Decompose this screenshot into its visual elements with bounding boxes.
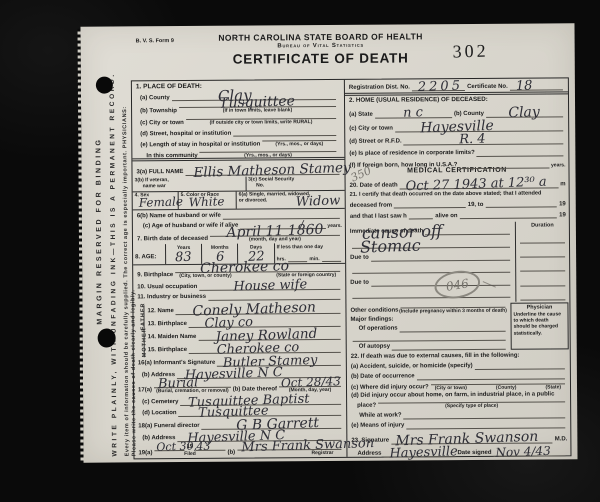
color-race-handwritten: White: [189, 198, 225, 209]
burial-handwritten: Burial: [158, 378, 199, 390]
date-of-death-handwritten: Oct 27 1943 at 12³⁰ a: [405, 177, 546, 192]
burial-line: Burial: [154, 382, 231, 389]
physician-note-box: Physician Underline the cause to which d…: [510, 302, 568, 349]
mother-birthplace-label: 15. Birthplace: [148, 347, 187, 354]
cause-of-death-area: cansor off Stomac 046 Immediate cause of…: [346, 221, 570, 303]
industry-line: [208, 294, 340, 301]
city-caption: (If outside city or town limits, write R…: [184, 119, 338, 126]
age-label: 8. AGE:: [135, 254, 156, 260]
injury-where-caption-2: (County): [496, 385, 517, 391]
section-place-of-death: 1. PLACE OF DEATH: (a) County Clay (b) T…: [132, 80, 345, 161]
date-signed-line: Nov 4/43: [493, 450, 565, 457]
registrar-line: Mrs Frank Swanson: [237, 444, 341, 451]
form-number: B. V. S. Form 9: [136, 38, 174, 44]
margin-permanent-record-note: WRITE PLAINLY, WITH UNFADING INK—THIS IS…: [109, 72, 119, 456]
due-to-1-line-2: [352, 267, 510, 274]
duration-box: Duration: [515, 221, 570, 301]
county-label: (a) County: [140, 95, 170, 102]
home-foreign-line: [459, 162, 549, 169]
registration-dist-label: Registration Dist. No.: [349, 85, 410, 92]
md-suffix: M.D.: [555, 437, 568, 444]
spouse-name-label: 6(b) Name of husband or wife: [137, 213, 221, 220]
spouse-age-label: (c) Age of husband or wife if alive: [143, 223, 239, 230]
filed-date-handwritten: Oct 30,: [156, 443, 197, 453]
autopsy-label: Of autopsy: [359, 344, 390, 351]
burial-location-label: (d) Location: [142, 410, 176, 417]
age-hrs-line: [288, 256, 308, 262]
spouse-name-line: [223, 213, 340, 220]
operations-line: [400, 326, 506, 333]
informant-signature-label: 16(a) Informant's Signature: [138, 360, 215, 367]
date-signed-label: Date signed: [457, 450, 491, 457]
city-label: (c) City or town: [140, 120, 184, 127]
other-conditions-line: [400, 302, 505, 309]
accident-label: (a) Accident, suicide, or homicide (spec…: [351, 363, 473, 370]
mother-maiden-name-line: Janey Rowland: [198, 334, 340, 341]
filed-year-line: 43: [195, 445, 225, 451]
due-to-2-label: Due to: [350, 280, 369, 287]
community-label: In this community: [146, 152, 197, 159]
means-of-injury-line: [406, 422, 565, 429]
duration-line: [520, 229, 565, 244]
certify-alive-line: [460, 213, 558, 220]
registration-dist-line: 2205: [412, 85, 465, 91]
birth-date-line: April 11 1860: [210, 230, 340, 237]
date-signed-handwritten: Nov 4/43: [495, 447, 551, 458]
external-causes-heading: 22. If death was due to external causes,…: [351, 353, 520, 361]
duration-line: [520, 243, 565, 258]
certificate-no-line: 18: [510, 84, 563, 90]
accident-line: [475, 363, 565, 370]
other-conditions-caption: (Include pregnancy within 3 months of de…: [398, 308, 507, 315]
marital-handwritten: Widow: [296, 196, 341, 208]
father-birthplace-label: 13. Birthplace: [148, 321, 187, 328]
filed-date-line: Oct 30,: [154, 445, 184, 451]
date-of-death-line: Oct 27 1943 at 12³⁰ a: [400, 182, 559, 189]
duration-line: [520, 258, 565, 273]
certificate-form: FATHER MOTHER 1. PLACE OF DEATH: (a) Cou…: [131, 77, 572, 459]
right-column: Registration Dist. No. 2205 Certificate …: [344, 78, 571, 457]
occurrence-label: (b) Date of occurrence: [351, 374, 415, 381]
full-name-label: 3(a) FULL NAME: [136, 169, 183, 176]
certify-alive-label: alive on: [435, 213, 457, 220]
certificate-header: NORTH CAROLINA STATE BOARD OF HEALTH Bur…: [181, 31, 461, 67]
injury-place-label-2: place?: [357, 403, 376, 410]
industry-label: 11. Industry or business: [137, 294, 206, 301]
section-home: 2. HOME (USUAL RESIDENCE) OF DECEASED: (…: [345, 94, 568, 166]
immediate-cause-handwritten-2: Stomac: [360, 240, 421, 255]
sex-color-marital-row: 4. Sex Female 5. Color or Race White 6(a…: [133, 191, 345, 210]
filed-year-handwritten: 43: [196, 443, 210, 452]
father-name-label: 12. Name: [147, 308, 173, 315]
burial-date-line: Oct 28/43: [279, 381, 341, 387]
registrar-b-label: (b): [227, 450, 235, 457]
registration-row: Registration Dist. No. 2205 Certificate …: [345, 78, 568, 96]
age-less-label: If less than one day: [277, 244, 343, 250]
certificate-no-label: Certificate No.: [467, 84, 508, 91]
birthplace-line: Cherokee co: [175, 266, 340, 273]
left-column: FATHER MOTHER 1. PLACE OF DEATH: (a) Cou…: [132, 80, 347, 458]
full-name-row: 3(a) FULL NAME Ellis Matheson Stamey: [132, 160, 344, 177]
operations-label: Of operations: [359, 326, 398, 333]
sex-handwritten: Female: [139, 198, 184, 209]
mother-maiden-name-label: 14. Maiden Name: [148, 334, 197, 341]
community-caption: (Yrs., mos., or days): [198, 152, 339, 159]
duration-line: [520, 286, 565, 301]
age-years-handwritten: 83: [175, 252, 192, 263]
township-handwritten: Tusquittee: [219, 96, 295, 110]
veteran-label-2: name war: [135, 183, 244, 189]
ssn-label-2: No.: [248, 182, 342, 188]
cemetery-label: (c) Cemetery: [142, 399, 178, 406]
duration-line: [520, 272, 565, 287]
occupation-line: House wife: [199, 284, 340, 291]
bureau-name: Bureau of Vital Statistics: [181, 42, 461, 50]
burial-number-label: 17(a): [138, 388, 152, 395]
filed-number-label: 19(a): [138, 451, 152, 458]
certify-19c: 19: [559, 212, 566, 219]
scan-background: { "header": { "form_no": "B. V. S. Form …: [0, 0, 600, 502]
certificate-title: CERTIFICATE OF DEATH: [181, 50, 461, 67]
filed-row: 19(a) Oct 30, 19 43 Filed (b) Mrs Frank …: [134, 442, 346, 458]
physician-instruction: Underline the cause to which death shoul…: [513, 311, 565, 336]
major-findings-label: Major findings:: [351, 317, 394, 324]
birthplace-handwritten: Cherokee co: [200, 261, 289, 275]
street-hospital-label: (d) Street, hospital or institution: [140, 130, 231, 137]
board-name: NORTH CAROLINA STATE BOARD OF HEALTH: [181, 31, 461, 43]
means-of-injury-label: (e) Means of injury: [351, 423, 404, 430]
community-line: [200, 146, 337, 153]
other-conditions-label: Other conditions: [350, 308, 398, 315]
mother-birthplace-line: Cherokee co: [189, 347, 341, 354]
injury-where-line: [431, 378, 565, 385]
certificate-stamp-number: 302: [452, 41, 489, 63]
findings-area: Other conditions (Include pregnancy with…: [346, 301, 569, 352]
full-name-line: Ellis Matheson Stamey: [185, 169, 339, 176]
physician-address-line: Hayesville: [383, 451, 455, 458]
occupation-label: 10. Usual occupation: [137, 284, 197, 291]
injury-where-label: (c) Where did injury occur?: [351, 385, 429, 392]
certificate-no-handwritten: 18: [516, 81, 533, 92]
registrar-handwritten: Mrs Frank Swanson: [241, 439, 374, 454]
margin-binding-note: MARGIN RESERVED FOR BINDING: [95, 137, 103, 324]
spouse-age-suffix: years.: [327, 223, 342, 229]
operations-line-2: [353, 335, 506, 342]
certify-saw-line: [409, 213, 433, 219]
injury-where-caption-1: (City or town): [435, 385, 467, 391]
registration-dist-handwritten: 2205: [418, 81, 463, 93]
margin-instructions-note: Every item of information should be care…: [122, 106, 130, 456]
at-work-line: [404, 412, 566, 419]
date-of-death-suffix: m: [560, 182, 565, 189]
date-of-death-label: 20. Date of death: [350, 183, 398, 190]
township-line: Tusquittee: [179, 101, 336, 108]
due-to-2-line-2: [352, 292, 510, 299]
autopsy-line: [392, 344, 506, 351]
punch-hole-bottom: [98, 328, 116, 347]
certify-paragraph: 21. I certify that death occurred on the…: [346, 189, 569, 223]
age-min-label: min.: [309, 256, 319, 262]
city-line: [186, 113, 336, 120]
birth-date-handwritten: April 11 1860: [226, 225, 323, 239]
at-work-label: While at work?: [359, 413, 401, 420]
burial-date-handwritten: Oct 28/43: [281, 378, 341, 390]
injury-where-caption-3: (State): [545, 384, 561, 390]
due-to-1-line: [371, 255, 510, 262]
funeral-director-label: 18(a) Funeral director: [138, 423, 199, 430]
certify-saw-label: and that I last saw h: [350, 213, 407, 220]
township-label: (b) Township: [140, 108, 177, 115]
age-min-line: [322, 256, 342, 262]
punch-hole-top: [96, 77, 113, 94]
father-name-line: Conely Matheson: [176, 308, 341, 315]
home-foreign-caption: years.: [551, 162, 566, 168]
birth-date-label: 7. Birth date of deceased: [137, 236, 208, 243]
physician-address-label: Address: [357, 451, 381, 458]
stay-line: [262, 135, 336, 142]
birthplace-label: 9. Birthplace: [137, 272, 173, 279]
death-certificate-document: MARGIN RESERVED FOR BINDING WRITE PLAINL…: [80, 23, 577, 462]
